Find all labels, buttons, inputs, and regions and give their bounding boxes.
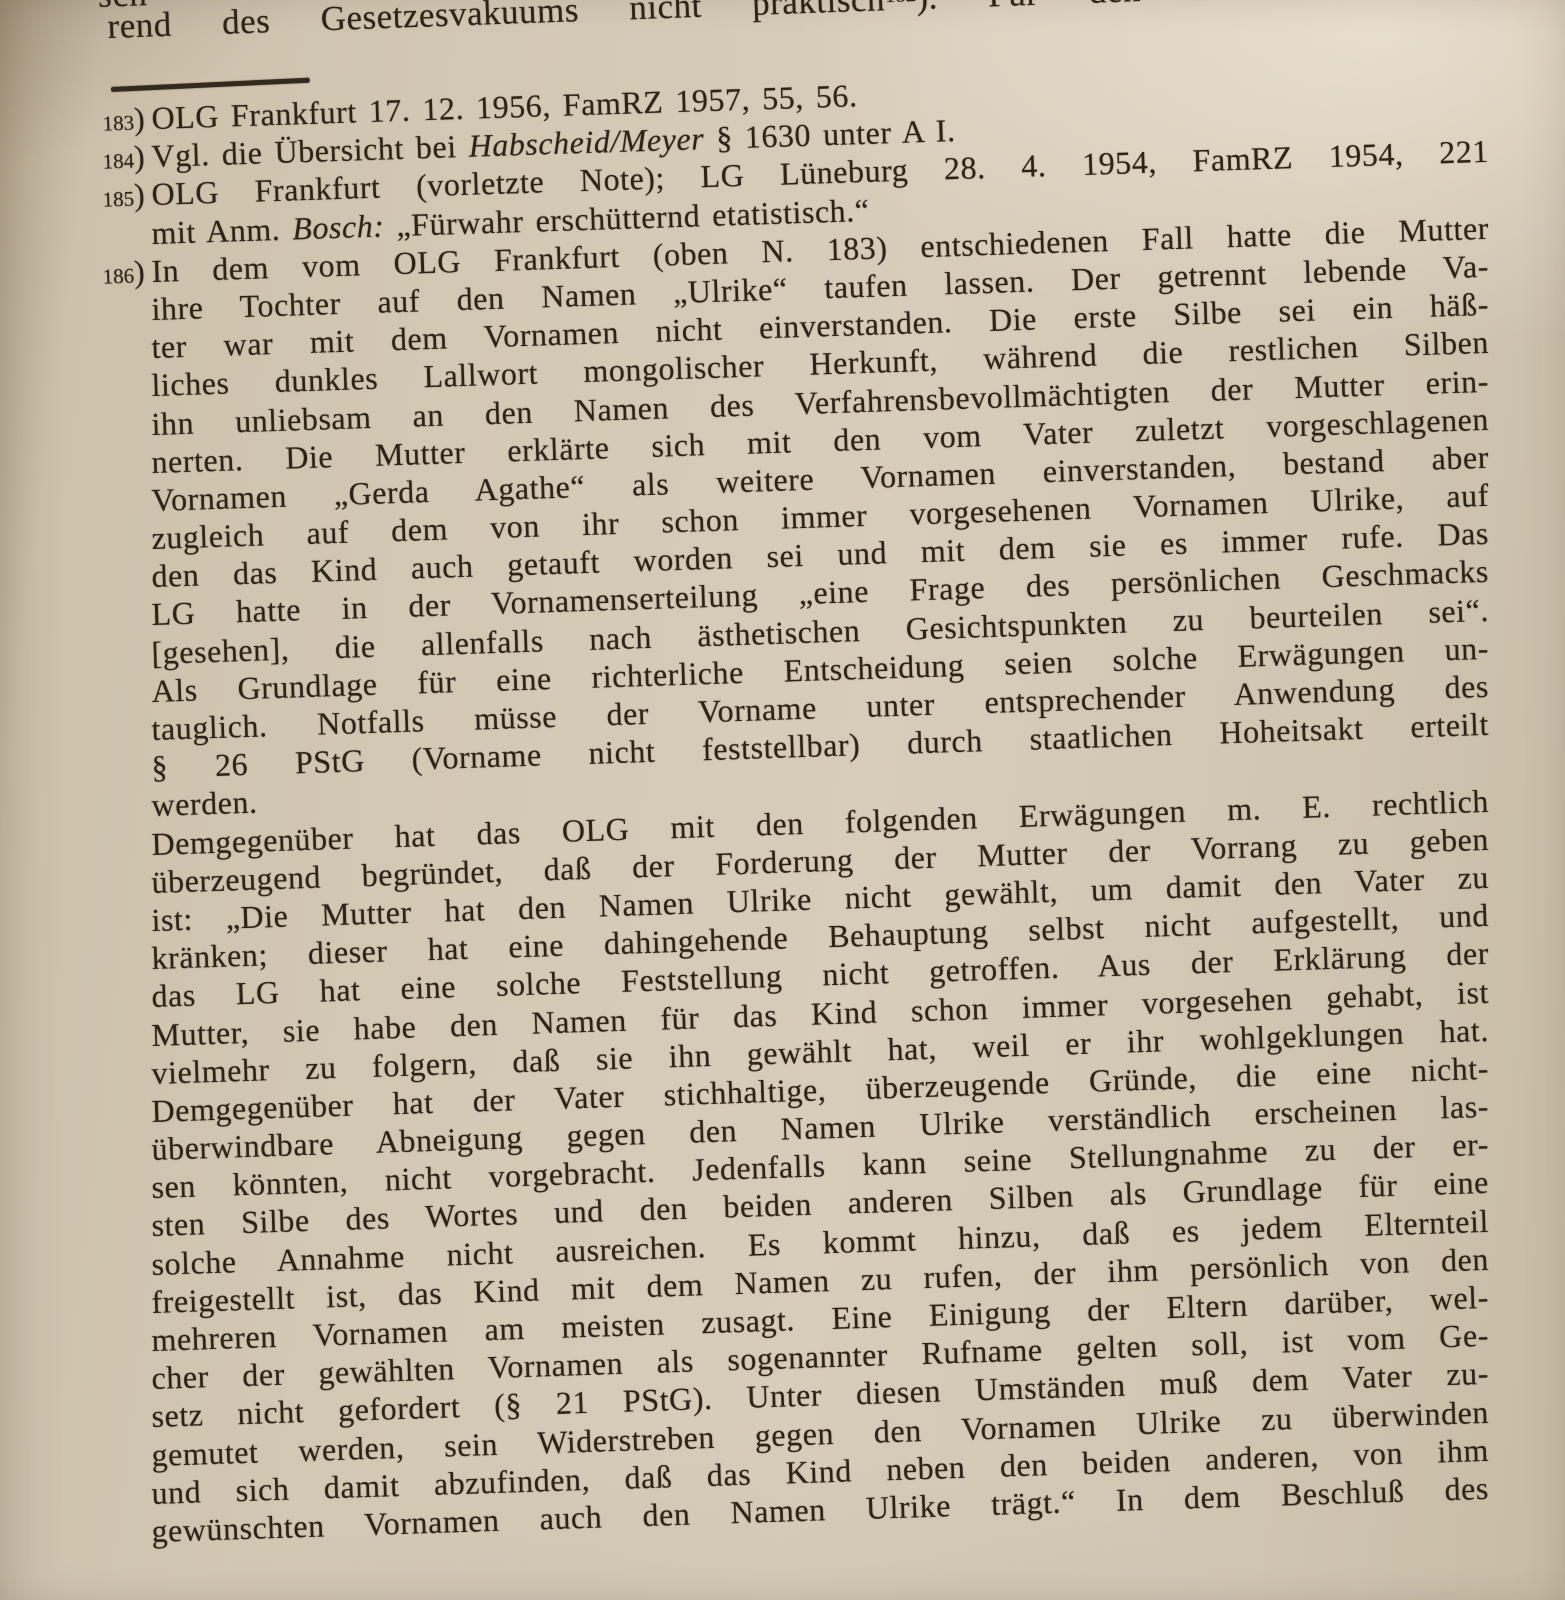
footnote-marker-186: 186) [102,252,145,296]
footnote-number: 184 [102,149,134,174]
footnote-number: 186 [102,263,134,288]
text-run: rend des Gesetzesvakuums nicht praktisch [107,0,886,46]
text-run: ). Für den weitaus häufigsten [916,0,1504,17]
footnote-reference-superscript: 182 [884,0,916,7]
text-run: werden. [151,784,258,823]
footnotes-block: 183)OLG Frankfurt 17. 12. 1956, FamRZ 19… [152,99,1490,1550]
footnote-marker-183: 183) [102,99,145,143]
scanned-book-page: sch rend des Gesetzesvakuums nicht prakt… [0,0,1565,1600]
footnote-separator-rule [111,78,310,92]
italic-text-run: Bosch: [292,207,385,246]
footnote-number: 185 [102,187,134,212]
body-text-line: rend des Gesetzesvakuums nicht praktisch… [107,0,1504,44]
text-run: mit Anm. [151,210,293,251]
footnote-number: 183 [102,111,134,136]
footnote-marker-185: 185) [102,176,145,220]
